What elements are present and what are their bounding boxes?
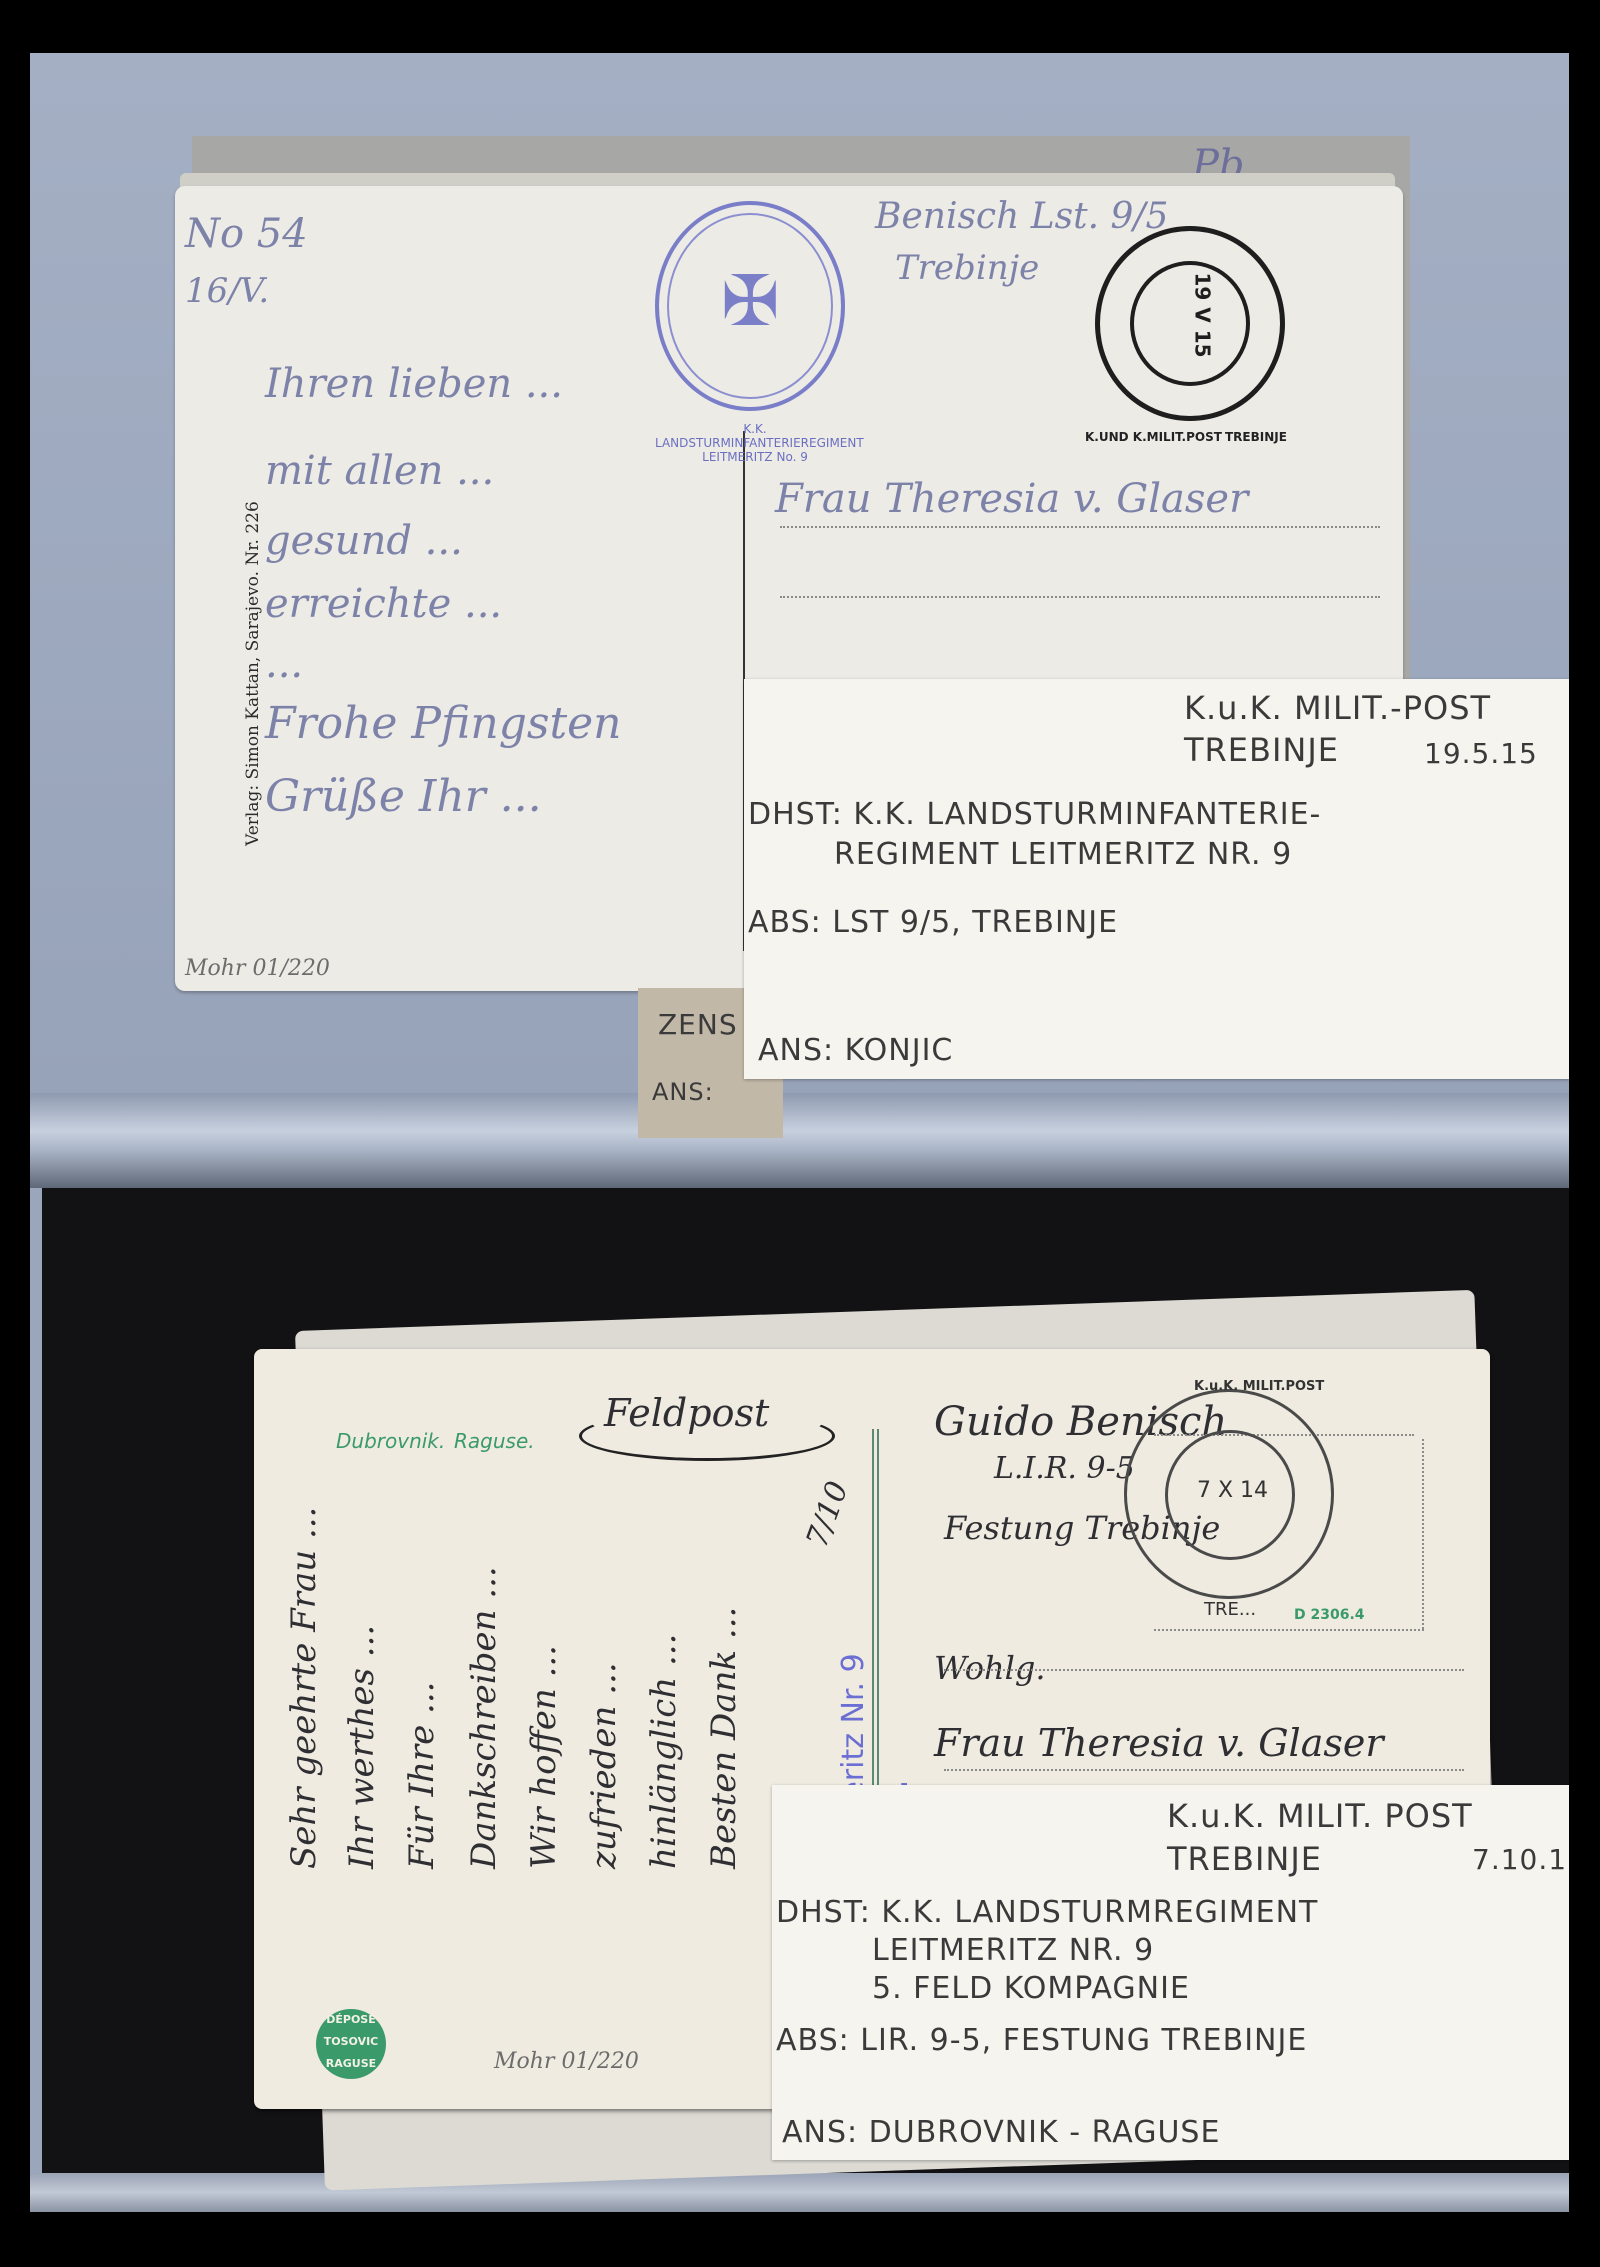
sender-unit: L.I.R. 9-5 <box>994 1451 1135 1486</box>
regimental-seal-text: K.K. LANDSTURMINFANTERIEREGIMENT LEITMER… <box>655 422 855 464</box>
label-destination: ANS: DUBROVNIK - RAGUSE <box>782 2115 1220 2150</box>
corner-note: 7/10 <box>800 1477 856 1552</box>
postmark-text: K.UND K.MILIT.POST <box>1085 430 1222 444</box>
postmark-town: TRE... <box>1204 1599 1256 1620</box>
address-line <box>780 596 1380 598</box>
feldpost-label: Feldpost <box>604 1391 769 1435</box>
collector-mark: Mohr 01/220 <box>185 956 330 981</box>
double-eagle-icon: ✠ <box>721 260 780 342</box>
label-postmark: K.u.K. MILIT. POST <box>1167 1797 1473 1835</box>
postmark-text: K.u.K. MILIT.POST <box>1194 1379 1324 1394</box>
album-page: Pb No 54 16/V. Verlag: Simon Kattan, Sar… <box>30 53 1569 2212</box>
label-destination: ANS: KONJIC <box>758 1033 953 1068</box>
album-bottom-strip <box>30 2173 1569 2212</box>
description-label-top: K.u.K. MILIT.-POST TREBINJE 19.5.15 DHST… <box>744 679 1569 1079</box>
label-date: 7.10.1 <box>1472 1843 1567 1876</box>
label-unit-2: LEITMERITZ NR. 9 <box>872 1933 1154 1968</box>
label-sender: ABS: LIR. 9-5, FESTUNG TREBINJE <box>776 2023 1307 2058</box>
collector-mark: Mohr 01/220 <box>494 2049 639 2074</box>
title-dubrovnik: Dubrovnik. <box>336 1429 445 1453</box>
sender-line-2: Trebinje <box>895 248 1039 288</box>
recipient-address: Frau Theresia v. Glaser <box>934 1721 1384 1765</box>
label-sender: ABS: LST 9/5, TREBINJE <box>748 905 1118 940</box>
publisher-seal: DÉPOSÉ TOSOVIC RAGUSE <box>316 2009 386 2079</box>
title-raguse: Raguse. <box>454 1429 535 1453</box>
label-town: TREBINJE <box>1184 731 1339 769</box>
label-date: 19.5.15 <box>1424 737 1538 770</box>
label-postmark: K.u.K. MILIT.-POST <box>1184 689 1491 727</box>
postmark-town: TREBINJE <box>1225 430 1287 444</box>
sender-line: Benisch Lst. 9/5 <box>875 196 1168 237</box>
album-pocket-divider-strip <box>30 1093 1569 1188</box>
postcard-number: No 54 <box>185 211 308 257</box>
label-unit-2: REGIMENT LEITMERITZ NR. 9 <box>834 837 1292 872</box>
military-postmark: 7 X 14 <box>1124 1389 1334 1599</box>
address-line <box>780 526 1380 528</box>
recipient-address: Frau Theresia v. Glaser <box>775 476 1248 522</box>
print-code: D 2306.4 <box>1294 1607 1365 1623</box>
date-note: 16/V. <box>185 271 269 311</box>
label-town: TREBINJE <box>1167 1840 1322 1878</box>
label-unit-1: DHST: K.K. LANDSTURMINFANTERIE- <box>748 797 1321 832</box>
recipient-prefix: Wohlg. <box>934 1649 1045 1687</box>
military-postmark: 19 V 15 <box>1095 226 1285 421</box>
label-unit-1: DHST: K.K. LANDSTURMREGIMENT <box>776 1895 1318 1930</box>
description-label-bottom: K.u.K. MILIT. POST TREBINJE 7.10.1 DHST:… <box>772 1785 1569 2160</box>
label-unit-3: 5. FELD KOMPAGNIE <box>872 1971 1190 2006</box>
regimental-seal: ✠ <box>655 201 845 411</box>
publisher-imprint: Verlag: Simon Kattan, Sarajevo. Nr. 226 <box>243 501 263 846</box>
